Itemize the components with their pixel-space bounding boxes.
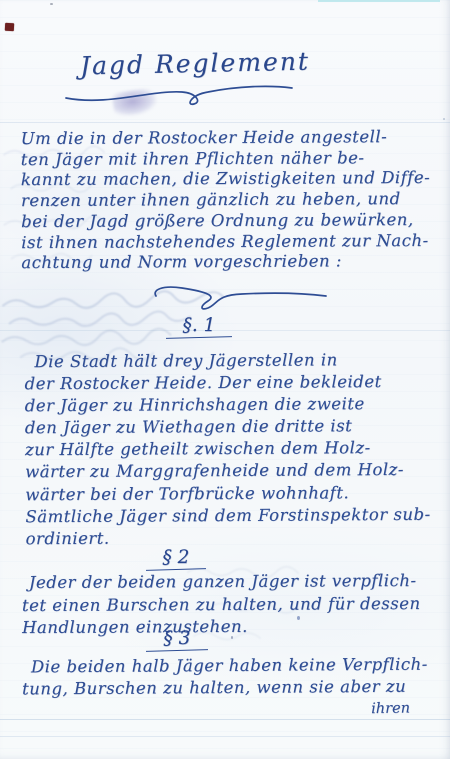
text-line: den Jäger zu Wiethagen die dritte ist (25, 415, 430, 440)
section-3-paragraph: Die beiden halb Jäger haben keine Verpfl… (22, 654, 428, 701)
section-number: § 2 (146, 547, 206, 568)
text-line: renzen unter ihnen gänzlich zu heben, un… (21, 189, 430, 212)
text-line: Handlungen einzustehen. (22, 615, 421, 640)
section-heading-1: §. 1 (166, 315, 232, 338)
preamble-paragraph: Um die in der Rostocker Heide angestell-… (21, 127, 431, 274)
text-line: Die beiden halb Jäger haben keine Verpfl… (31, 654, 428, 679)
text-line: Um die in der Rostocker Heide angestell- (21, 127, 430, 150)
text-line: der Jäger zu Hinrichshagen die zweite (25, 393, 430, 418)
text-line: zur Hälfte getheilt zwischen dem Holz- (25, 437, 430, 462)
text-line: achtung und Norm vorgeschrieben : (21, 251, 430, 274)
section-number: §. 1 (166, 315, 232, 336)
text-line: tet einen Burschen zu halten, und für de… (22, 592, 421, 617)
section-heading-3: § 3 (146, 628, 208, 651)
manuscript-page: Jagd Reglement Um die in der Rostocker H… (0, 0, 450, 759)
scan-streak (0, 122, 450, 123)
paper-speck (443, 118, 445, 120)
catchword: ihren (348, 700, 410, 717)
red-corner-mark (5, 23, 14, 31)
scan-streak (0, 736, 450, 737)
title-underline-flourish (62, 83, 298, 107)
text-line: ist ihnen nachstehendes Reglement zur Na… (21, 230, 430, 253)
top-edge-artifact (318, 0, 440, 2)
text-line: kannt zu machen, die Zwistigkeiten und D… (21, 168, 430, 191)
heading-underline (166, 336, 232, 339)
text-line: ordiniert. (25, 526, 430, 551)
text-line: Jeder der beiden ganzen Jäger ist verpfl… (29, 570, 421, 595)
text-line: Die Stadt hält drey Jägerstellen in (34, 349, 429, 374)
section-divider-flourish (150, 283, 332, 313)
paper-speck (50, 3, 53, 5)
section-heading-2: § 2 (146, 547, 206, 570)
document-title: Jagd Reglement (80, 47, 311, 81)
section-1-paragraph: Die Stadt hält drey Jägerstellen in der … (24, 349, 430, 550)
ink-stain (111, 87, 158, 118)
section-2-paragraph: Jeder der beiden ganzen Jäger ist verpfl… (22, 570, 421, 640)
text-line: ten Jäger mit ihren Pflichten näher be- (21, 148, 430, 171)
heading-underline (146, 649, 208, 652)
scan-streak (0, 719, 450, 720)
text-line: wärter bei der Torfbrücke wohnhaft. (25, 481, 430, 506)
text-line: der Rostocker Heide. Der eine bekleidet (25, 371, 430, 396)
text-line: wärter zu Marggrafenheide und dem Holz- (25, 459, 430, 484)
text-line: bei der Jagd größere Ordnung zu bewürken… (21, 210, 430, 233)
section-number: § 3 (146, 628, 208, 649)
text-line: Sämtliche Jäger sind dem Forstinspektor … (25, 503, 430, 528)
text-line: tung, Burschen zu halten, wenn sie aber … (22, 676, 428, 701)
